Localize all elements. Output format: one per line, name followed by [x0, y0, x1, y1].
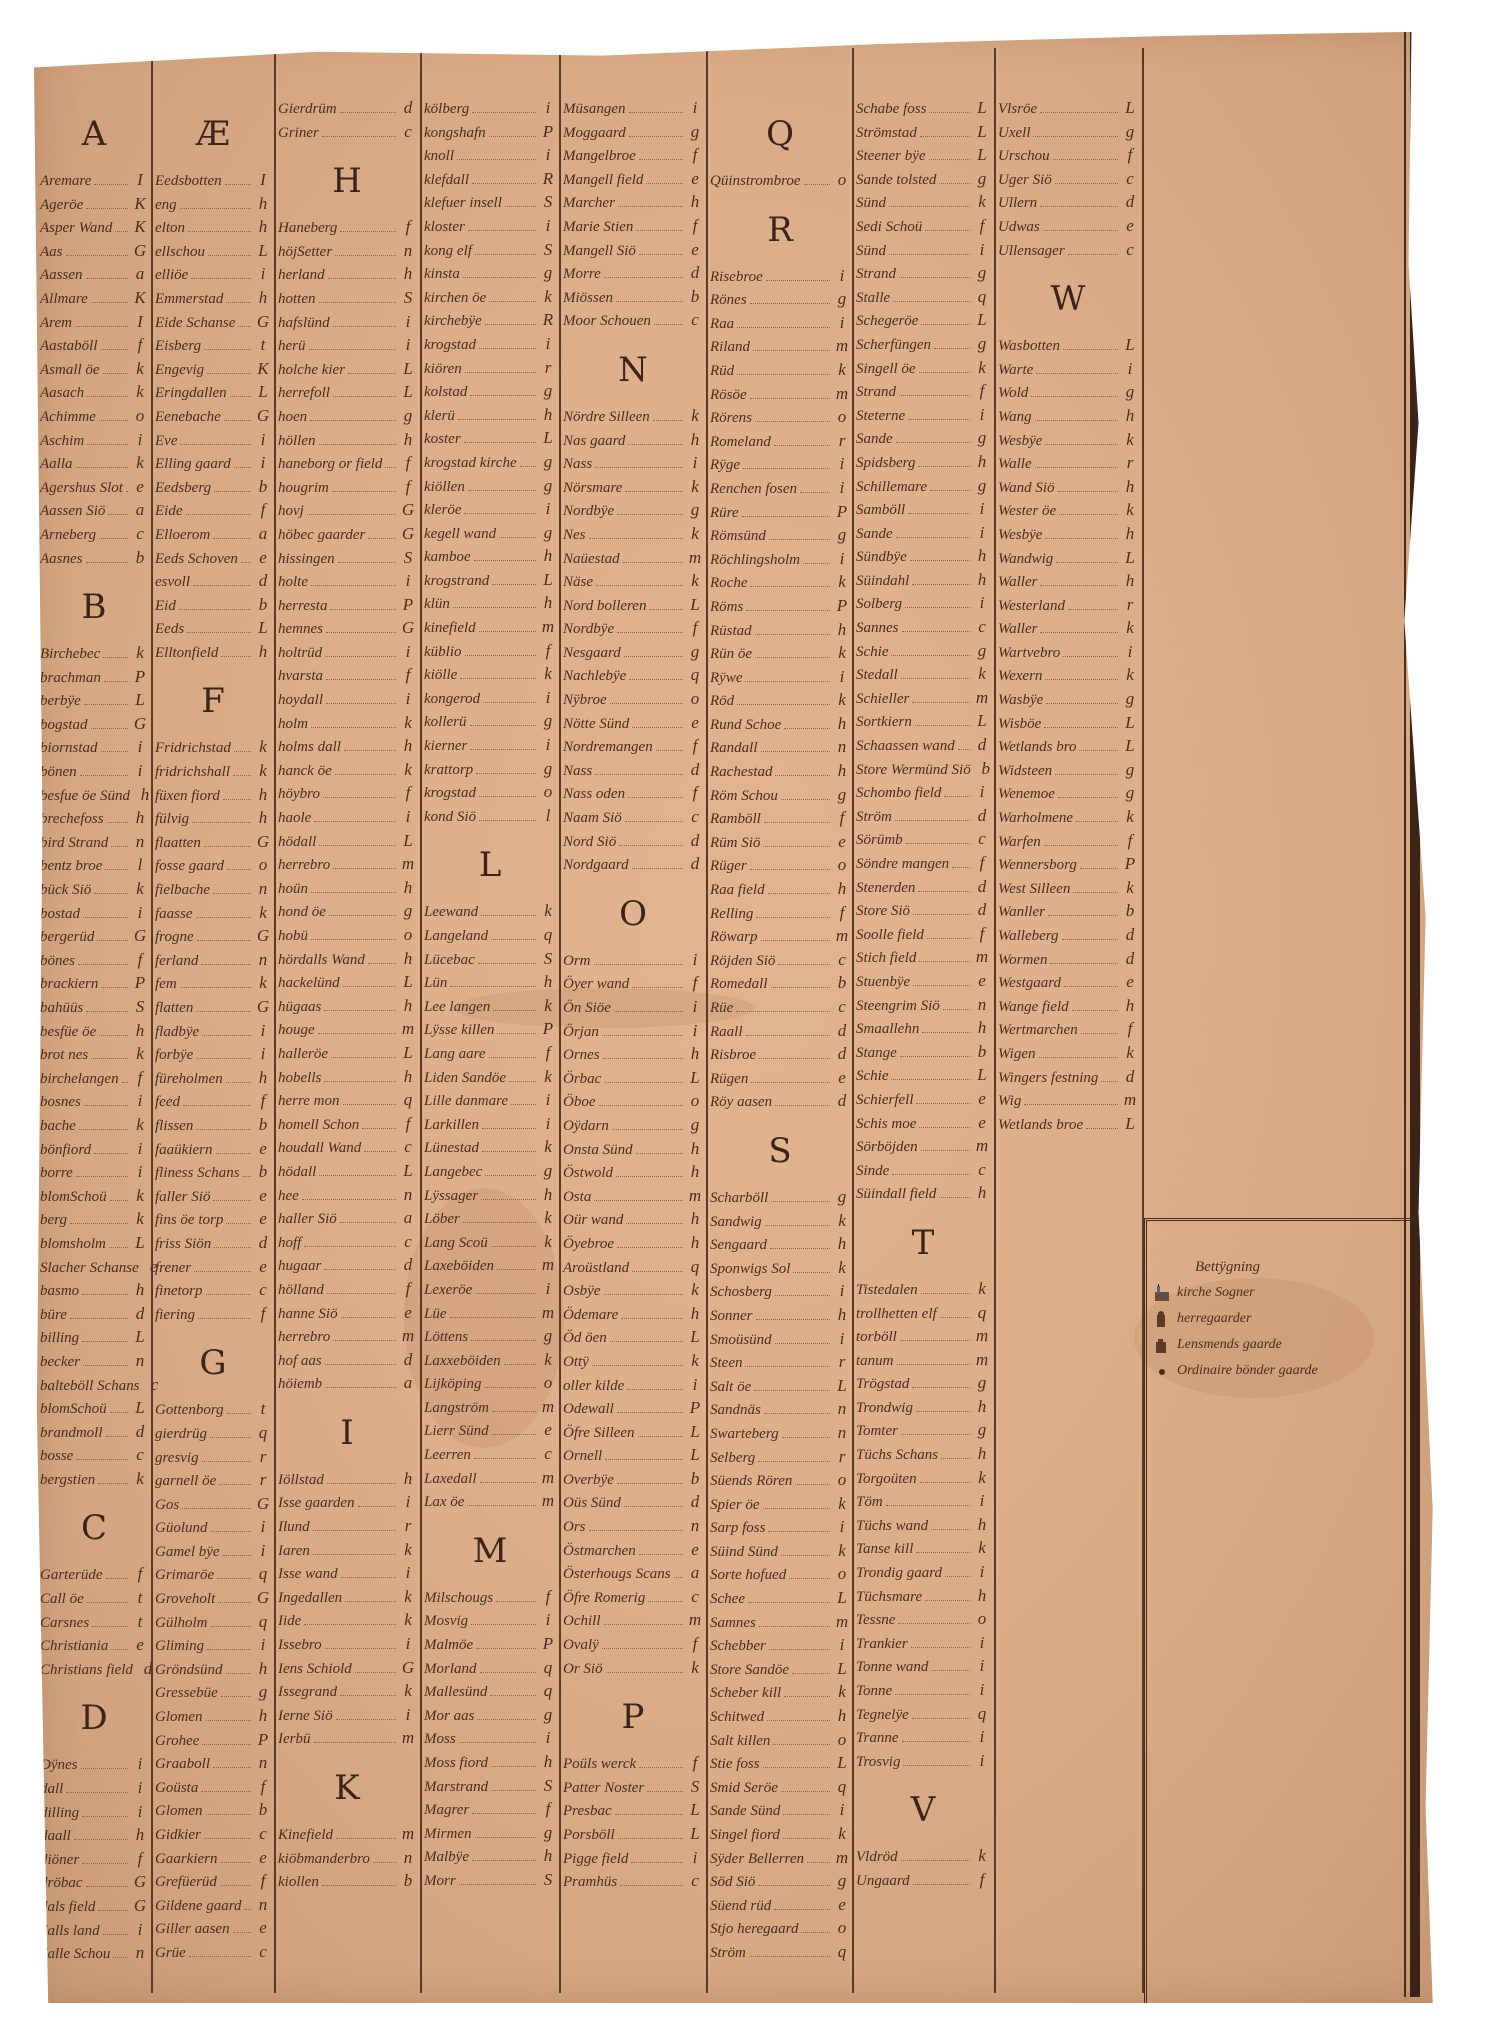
leader-dots: [784, 1696, 830, 1697]
leader-dots: [99, 1035, 128, 1036]
place-name: Aassen: [40, 267, 83, 284]
index-entry: kongshafnP: [424, 122, 556, 146]
leader-dots: [1055, 183, 1118, 184]
index-entry: Lÿsse killenP: [424, 1019, 556, 1043]
place-name: Aasach: [40, 385, 84, 402]
index-entry: kierneri: [424, 735, 556, 759]
index-entry: RüreP: [710, 502, 850, 526]
leader-dots: [636, 1153, 683, 1154]
place-name: hanne Siö: [278, 1306, 338, 1323]
index-entry: Schombo fieldi: [856, 782, 990, 806]
index-entry: Röchlingsholmi: [710, 549, 850, 573]
grid-reference: h: [400, 430, 416, 450]
place-name: hackelünd: [278, 975, 340, 992]
leader-dots: [225, 184, 251, 185]
grid-reference: m: [400, 1326, 416, 1346]
index-entry: kiörenr: [424, 358, 556, 382]
leader-dots: [625, 821, 683, 822]
grid-reference: e: [1122, 216, 1138, 236]
index-entry: basmoh: [40, 1280, 148, 1304]
index-entry: homell Schonf: [278, 1114, 416, 1138]
grid-reference: G: [400, 524, 416, 544]
index-entry: billingL: [40, 1327, 148, 1351]
place-name: Achimme: [40, 409, 96, 426]
leader-dots: [492, 1411, 536, 1412]
place-name: Laxxeböiden: [424, 1353, 501, 1370]
index-entry: Stalleq: [856, 287, 990, 311]
index-entry: Schosbergi: [710, 1281, 850, 1305]
place-name: Grefüerüd: [155, 1874, 217, 1891]
place-name: Grohee: [155, 1733, 199, 1750]
leader-dots: [1058, 491, 1118, 492]
grid-reference: L: [132, 1327, 148, 1347]
place-name: holtrüd: [278, 645, 322, 662]
leader-dots: [338, 562, 396, 563]
index-entry: faaükierne: [155, 1139, 271, 1163]
paper-sheet: AAremareIAgeröeKAsper WandKAasGAassenaAl…: [34, 28, 1454, 2003]
place-name: Laxeböiden: [424, 1258, 494, 1275]
place-name: elliöe: [155, 267, 188, 284]
grid-reference: m: [540, 1397, 556, 1417]
grid-reference: i: [132, 1802, 148, 1822]
grid-reference: d: [974, 900, 990, 920]
grid-reference: S: [540, 949, 556, 969]
index-entry: Süend rüde: [710, 1895, 850, 1919]
grid-reference: g: [400, 901, 416, 921]
grid-reference: i: [132, 761, 148, 781]
index-entry: biornstadi: [40, 737, 148, 761]
place-name: Griner: [278, 125, 319, 142]
leader-dots: [238, 326, 251, 327]
leader-dots: [902, 1741, 970, 1742]
index-entry: Ottÿk: [563, 1351, 703, 1375]
grid-reference: m: [974, 688, 990, 708]
grid-reference: h: [255, 785, 271, 805]
grid-reference: P: [687, 1398, 703, 1418]
grid-reference: q: [974, 1704, 990, 1724]
index-entry: Elloeroma: [155, 524, 271, 548]
grid-reference: S: [540, 1776, 556, 1796]
index-entry: Christians fieldd: [40, 1659, 148, 1683]
grid-reference: k: [540, 1137, 556, 1157]
grid-reference: i: [687, 950, 703, 970]
grid-reference: k: [400, 1587, 416, 1607]
grid-reference: S: [400, 548, 416, 568]
grid-reference: k: [540, 1350, 556, 1370]
index-entry: hödallL: [278, 1161, 416, 1185]
index-entry: Söndre mangenf: [856, 853, 990, 877]
place-name: Randall: [710, 740, 758, 757]
grid-reference: i: [132, 1920, 148, 1940]
place-name: bück Siö: [40, 882, 91, 899]
place-name: Grüe: [155, 1945, 186, 1962]
column-rule: [994, 48, 996, 1993]
grid-reference: P: [540, 1634, 556, 1654]
grid-reference: k: [132, 359, 148, 379]
place-name: Odewall: [563, 1401, 614, 1418]
leader-dots: [319, 302, 397, 303]
index-entry: hanne Siöe: [278, 1303, 416, 1327]
leader-dots: [504, 1364, 536, 1365]
grid-reference: L: [687, 1422, 703, 1442]
index-column: QQüinstrombroeoRRisebroeiRönesgRaaiRilan…: [710, 98, 850, 1966]
leader-dots: [912, 1387, 970, 1388]
grid-reference: f: [1122, 1019, 1138, 1039]
leader-dots: [465, 372, 536, 373]
grid-reference: t: [255, 335, 271, 355]
grid-reference: L: [255, 241, 271, 261]
place-name: feed: [155, 1094, 180, 1111]
grid-reference: h: [834, 1234, 850, 1254]
place-name: ellschou: [155, 244, 205, 261]
index-entry: Stich fieldm: [856, 947, 990, 971]
index-entry: Nörsmarek: [563, 477, 703, 501]
grid-reference: L: [1122, 548, 1138, 568]
grid-reference: d: [1122, 949, 1138, 969]
place-name: Nordremangen: [563, 739, 653, 756]
leader-dots: [789, 1578, 830, 1579]
manor-icon: [1153, 1310, 1171, 1328]
index-entry: bosnesi: [40, 1091, 148, 1115]
grid-reference: i: [834, 1800, 850, 1820]
place-name: Töm: [856, 1494, 883, 1511]
leader-dots: [111, 1649, 128, 1650]
leader-dots: [892, 1174, 970, 1175]
index-entry: haneborg or fieldf: [278, 453, 416, 477]
place-name: Müsangen: [563, 101, 626, 118]
place-name: haneborg or field: [278, 456, 382, 473]
place-name: Röwarp: [710, 929, 758, 946]
place-name: koster: [424, 431, 461, 448]
place-name: Nass: [563, 763, 592, 780]
place-name: Sonner: [710, 1308, 753, 1325]
index-entry: Mangell Siöe: [563, 240, 703, 264]
leader-dots: [632, 987, 683, 988]
place-name: Sponwigs Sol: [710, 1261, 790, 1278]
grid-reference: i: [1122, 359, 1138, 379]
grid-reference: i: [687, 997, 703, 1017]
leader-dots: [759, 1058, 830, 1059]
leader-dots: [333, 326, 396, 327]
place-name: bentz broe: [40, 858, 102, 875]
place-name: Gülholm: [155, 1615, 208, 1632]
place-name: Wartvebro: [998, 645, 1060, 662]
grid-reference: m: [834, 336, 850, 356]
grid-reference: c: [132, 524, 148, 544]
index-entry: Or Siök: [563, 1658, 703, 1682]
place-name: fülvig: [155, 811, 189, 828]
grid-reference: f: [540, 641, 556, 661]
grid-reference: i: [687, 98, 703, 118]
index-entry: Rün öek: [710, 643, 850, 667]
place-name: kongerod: [424, 691, 480, 708]
leader-dots: [775, 1343, 830, 1344]
grid-reference: i: [540, 98, 556, 118]
place-name: Örbac: [563, 1071, 601, 1088]
index-entry: Laxeböidenm: [424, 1255, 556, 1279]
grid-reference: G: [132, 241, 148, 261]
index-entry: Store Siöd: [856, 900, 990, 924]
grid-reference: c: [255, 1942, 271, 1962]
grid-reference: t: [255, 1399, 271, 1419]
index-entry: hördalls Wandh: [278, 949, 416, 973]
grid-reference: e: [974, 971, 990, 991]
grid-reference: o: [255, 855, 271, 875]
index-entry: frogneG: [155, 926, 271, 950]
leader-dots: [460, 678, 536, 679]
index-entry: torböllm: [856, 1326, 990, 1350]
index-entry: Ornesh: [563, 1044, 703, 1068]
index-entry: Wallerk: [998, 618, 1138, 642]
leader-dots: [737, 374, 830, 375]
place-name: halleröe: [278, 1046, 328, 1063]
grid-reference: q: [540, 925, 556, 945]
place-name: Schee: [710, 1591, 745, 1608]
leader-dots: [482, 1151, 536, 1152]
place-name: Sandnäs: [710, 1402, 761, 1419]
leader-dots: [900, 1340, 970, 1341]
place-name: höbec gaarder: [278, 527, 365, 544]
index-entry: kosterL: [424, 428, 556, 452]
grid-reference: o: [540, 782, 556, 802]
leader-dots: [602, 1035, 683, 1036]
leader-dots: [196, 917, 252, 918]
leader-dots: [204, 349, 251, 350]
grid-reference: d: [974, 735, 990, 755]
place-name: hotten: [278, 291, 316, 308]
place-name: West Silleen: [998, 881, 1070, 898]
place-name: Rüre: [710, 505, 739, 522]
place-name: Waller: [998, 621, 1037, 638]
leader-dots: [245, 1909, 251, 1910]
grid-reference: r: [255, 1470, 271, 1490]
grid-reference: k: [687, 406, 703, 426]
place-name: Wingers festning: [998, 1070, 1098, 1087]
grid-reference: k: [132, 1115, 148, 1135]
grid-reference: i: [255, 1517, 271, 1537]
grid-reference: L: [974, 1065, 990, 1085]
place-name: brachman: [40, 670, 101, 687]
grid-reference: S: [540, 240, 556, 260]
index-entry: blomSchoük: [40, 1186, 148, 1210]
place-name: Eide Schanse: [155, 315, 235, 332]
index-entry: bachek: [40, 1115, 148, 1139]
place-name: Stange: [856, 1045, 897, 1062]
leader-dots: [97, 940, 128, 941]
place-name: Wetlands broe: [998, 1117, 1083, 1134]
place-name: kamboe: [424, 549, 471, 566]
index-entry: Nas gaardh: [563, 430, 703, 454]
place-name: Wigen: [998, 1046, 1036, 1063]
section-letter-heading: M: [424, 1521, 556, 1581]
grid-reference: e: [687, 169, 703, 189]
grid-reference: k: [1122, 807, 1138, 827]
index-entry: Rÿwei: [710, 667, 850, 691]
index-entry: Store SandöeL: [710, 1659, 850, 1683]
place-name: Eisberg: [155, 338, 201, 355]
grid-reference: b: [974, 1042, 990, 1062]
place-name: Nas gaard: [563, 433, 625, 450]
grid-reference: L: [687, 1824, 703, 1844]
leader-dots: [793, 1272, 830, 1273]
grid-reference: d: [974, 877, 990, 897]
leader-dots: [188, 231, 251, 232]
place-name: torböll: [856, 1329, 897, 1346]
grid-reference: r: [1122, 453, 1138, 473]
index-entry: Aastaböllf: [40, 335, 148, 359]
index-entry: AasG: [40, 241, 148, 265]
leader-dots: [920, 136, 970, 137]
index-entry: kiölleng: [424, 476, 556, 500]
leader-dots: [206, 1814, 252, 1815]
leader-dots: [66, 1792, 128, 1793]
leader-dots: [905, 607, 970, 608]
leader-dots: [319, 845, 396, 846]
index-entry: blomsholmL: [40, 1233, 148, 1257]
index-entry: Marie Stienf: [563, 216, 703, 240]
place-name: fosse gaard: [155, 858, 224, 875]
grid-reference: g: [974, 334, 990, 354]
grid-reference: c: [974, 617, 990, 637]
grid-reference: b: [687, 287, 703, 307]
leader-dots: [341, 1317, 396, 1318]
index-entry: flaattenG: [155, 832, 271, 856]
grid-reference: i: [540, 1090, 556, 1110]
leader-dots: [898, 1623, 970, 1624]
place-name: Röchlingsholm: [710, 552, 800, 569]
place-name: Rösöe: [710, 387, 747, 404]
index-entry: Örjani: [563, 1021, 703, 1045]
place-name: eng: [155, 197, 177, 214]
index-entry: Lang aaref: [424, 1043, 556, 1067]
leader-dots: [629, 679, 683, 680]
grid-reference: r: [834, 1352, 850, 1372]
leader-dots: [485, 1387, 536, 1388]
place-name: Sande Sünd: [710, 1803, 780, 1820]
place-name: Sörböjden: [856, 1139, 918, 1156]
index-entry: dalle Schoun: [40, 1943, 148, 1967]
place-name: Call öe: [40, 1591, 84, 1608]
leader-dots: [479, 631, 536, 632]
leader-dots: [86, 278, 129, 279]
place-name: Ilund: [278, 1519, 310, 1536]
index-entry: Lünestadk: [424, 1137, 556, 1161]
place-name: Groveholt: [155, 1591, 215, 1608]
grid-reference: k: [132, 1209, 148, 1229]
place-name: Pramhüs: [563, 1874, 617, 1891]
leader-dots: [922, 1032, 970, 1033]
index-entry: Süends Röreno: [710, 1470, 850, 1494]
grid-reference: G: [255, 1494, 271, 1514]
place-name: kiöbmanderbro: [278, 1851, 370, 1868]
grid-reference: h: [974, 1183, 990, 1203]
section-letter-heading: D: [40, 1688, 148, 1748]
grid-reference: o: [540, 1373, 556, 1393]
place-name: kongshafn: [424, 125, 486, 142]
leader-dots: [336, 1719, 396, 1720]
index-entry: Wormend: [998, 949, 1138, 973]
index-entry: Scharböllg: [710, 1187, 850, 1211]
grid-reference: k: [974, 1846, 990, 1866]
grid-reference: k: [687, 1351, 703, 1371]
index-column: ÆEedsbottenIengheltonhellschouLelliöeiEm…: [155, 98, 271, 1966]
grid-reference: k: [540, 1208, 556, 1228]
index-entry: bahüüsS: [40, 997, 148, 1021]
grid-reference: b: [400, 1871, 416, 1891]
place-name: Steener bÿe: [856, 148, 926, 165]
index-entry: hugaard: [278, 1255, 416, 1279]
grid-reference: h: [540, 593, 556, 613]
index-entry: Tüchs Schansh: [856, 1444, 990, 1468]
leader-dots: [332, 491, 396, 492]
grid-reference: S: [540, 192, 556, 212]
grid-reference: q: [974, 287, 990, 307]
section-letter-heading: H: [278, 151, 416, 211]
grid-reference: G: [400, 618, 416, 638]
leader-dots: [742, 516, 830, 517]
grid-reference: k: [974, 1279, 990, 1299]
grid-reference: g: [834, 525, 850, 545]
place-name: klerü: [424, 408, 455, 425]
index-entry: hanck öek: [278, 760, 416, 784]
leader-dots: [340, 1695, 396, 1696]
index-entry: brechefossh: [40, 808, 148, 832]
grid-reference: G: [400, 500, 416, 520]
place-name: Isse wand: [278, 1566, 338, 1583]
section-letter-heading: B: [40, 577, 148, 637]
place-name: Risbroe: [710, 1047, 756, 1064]
place-name: Strand: [856, 266, 896, 283]
leader-dots: [333, 868, 396, 869]
grid-reference: i: [834, 313, 850, 333]
leader-dots: [182, 1508, 251, 1509]
index-entry: herrebrom: [278, 1326, 416, 1350]
index-entry: Wartei: [998, 359, 1138, 383]
index-entry: Risbroed: [710, 1044, 850, 1068]
place-name: hanck öe: [278, 763, 332, 780]
grid-reference: c: [834, 950, 850, 970]
leader-dots: [474, 1458, 536, 1459]
place-name: Kinefield: [278, 1827, 333, 1844]
leader-dots: [468, 490, 536, 491]
grid-reference: e: [132, 1635, 148, 1655]
leader-dots: [323, 797, 396, 798]
index-entry: Rügene: [710, 1068, 850, 1092]
place-name: Walleberg: [998, 928, 1059, 945]
index-entry: Tüchsmareh: [856, 1586, 990, 1610]
section-letter-heading: G: [155, 1333, 271, 1393]
leader-dots: [489, 136, 536, 137]
leader-dots: [343, 986, 396, 987]
grid-reference: g: [687, 122, 703, 142]
leader-dots: [743, 468, 830, 469]
index-entry: Gröndsündh: [155, 1659, 271, 1683]
place-name: hugaar: [278, 1258, 321, 1275]
grid-reference: e: [540, 1420, 556, 1440]
leader-dots: [470, 395, 536, 396]
index-entry: Garterüdef: [40, 1564, 148, 1588]
place-name: becker: [40, 1354, 80, 1371]
index-entry: Rödk: [710, 690, 850, 714]
place-name: Risebroe: [710, 269, 763, 286]
grid-reference: e: [255, 1848, 271, 1868]
leader-dots: [479, 820, 536, 821]
place-name: Nass: [563, 456, 592, 473]
grid-reference: f: [132, 1068, 148, 1088]
leader-dots: [895, 1694, 970, 1695]
leader-dots: [610, 1341, 683, 1342]
place-name: Lee langen: [424, 999, 490, 1016]
